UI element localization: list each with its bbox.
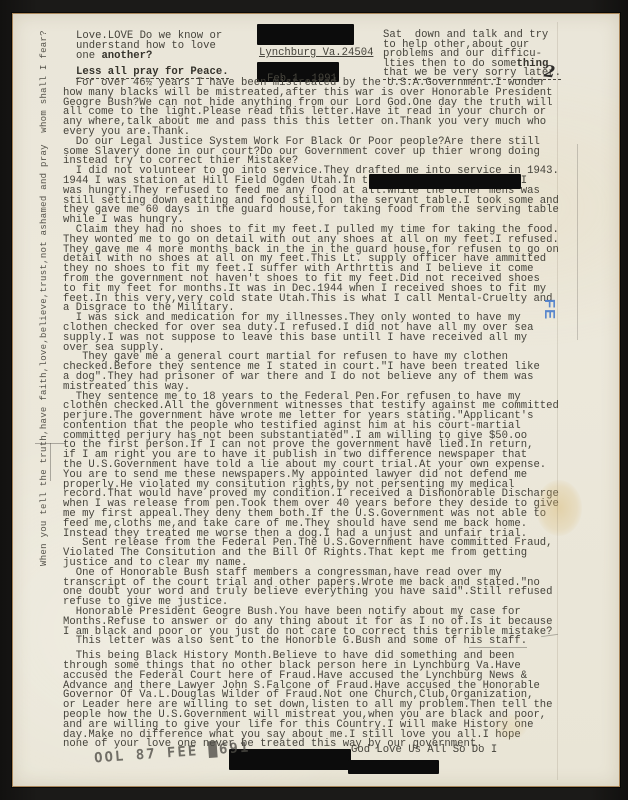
redaction-box-name <box>257 24 354 45</box>
margin-note-vertical: When you tell the truth,have faith,love,… <box>39 30 49 566</box>
letter-page: When you tell the truth,have faith,love,… <box>12 13 620 787</box>
vertical-crease <box>557 22 558 780</box>
underline-mark <box>469 647 527 648</box>
blue-edge-stamp: FE <box>541 299 558 320</box>
small-stain <box>493 714 527 740</box>
header-left-line3-bold: another? <box>101 50 152 62</box>
address-city: Lynchburg Va.24504 <box>259 48 373 58</box>
pen-vertical-line <box>577 144 578 340</box>
pen-bracket-vertical <box>50 443 51 481</box>
redaction-box-signature-2 <box>348 760 439 774</box>
redaction-box-unit <box>369 174 521 189</box>
header-left-line3: one another? <box>76 51 152 61</box>
closing-line: God Love Us All So Do I <box>351 744 497 756</box>
header-left-line3-text: one <box>76 50 101 62</box>
scan-background: When you tell the truth,have faith,love,… <box>0 0 628 800</box>
coffee-stain <box>536 480 582 536</box>
